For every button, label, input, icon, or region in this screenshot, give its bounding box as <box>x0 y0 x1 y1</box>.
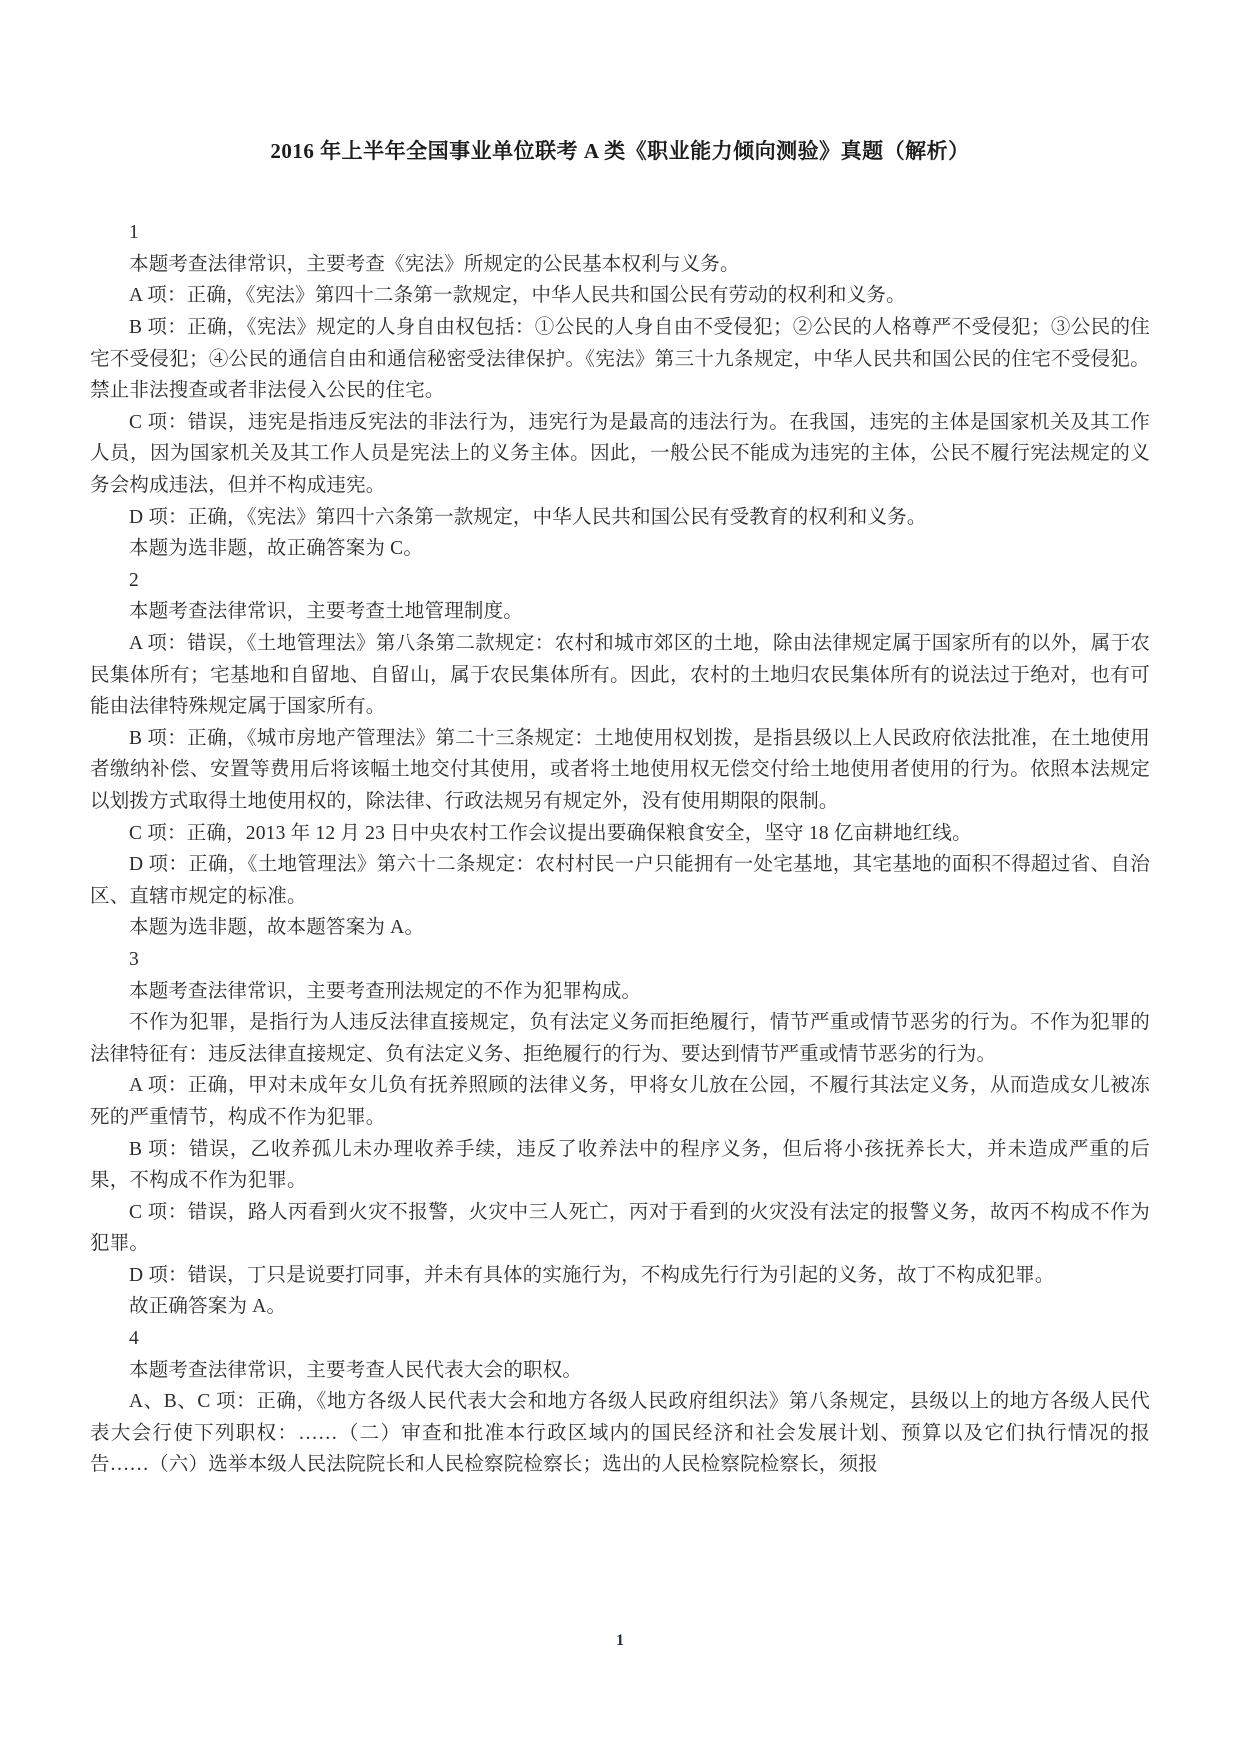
document-title: 2016 年上半年全国事业单位联考 A 类《职业能力倾向测验》真题（解析） <box>90 138 1150 165</box>
paragraph: A 项：错误，《土地管理法》第八条第二款规定：农村和城市郊区的土地，除由法律规定… <box>90 628 1150 723</box>
paragraph: 本题考查法律常识，主要考查刑法规定的不作为犯罪构成。 <box>90 976 1150 1008</box>
paragraph: C 项：错误，路人丙看到火灾不报警，火灾中三人死亡，丙对于看到的火灾没有法定的报… <box>90 1197 1150 1260</box>
paragraph: C 项：错误，违宪是指违反宪法的非法行为，违宪行为是最高的违法行为。在我国，违宪… <box>90 407 1150 502</box>
question-number: 2 <box>90 565 1150 597</box>
paragraph: D 项：正确，《土地管理法》第六十二条规定：农村村民一户只能拥有一处宅基地，其宅… <box>90 849 1150 912</box>
paragraph: 本题为选非题，故本题答案为 A。 <box>90 912 1150 944</box>
paragraph: 本题考查法律常识，主要考查土地管理制度。 <box>90 596 1150 628</box>
paragraph: 本题考查法律常识，主要考查人民代表大会的职权。 <box>90 1355 1150 1387</box>
paragraph: B 项：正确，《宪法》规定的人身自由权包括：①公民的人身自由不受侵犯；②公民的人… <box>90 312 1150 407</box>
page-number: 1 <box>0 1632 1240 1650</box>
paragraph: C 项：正确，2013 年 12 月 23 日中央农村工作会议提出要确保粮食安全… <box>90 818 1150 850</box>
paragraph: D 项：错误，丁只是说要打同事，并未有具体的实施行为，不构成先行行为引起的义务，… <box>90 1260 1150 1292</box>
paragraph: A 项：正确，甲对未成年女儿负有抚养照顾的法律义务，甲将女儿放在公园，不履行其法… <box>90 1070 1150 1133</box>
paragraph: D 项：正确，《宪法》第四十六条第一款规定，中华人民共和国公民有受教育的权利和义… <box>90 502 1150 534</box>
paragraph: 本题考查法律常识，主要考查《宪法》所规定的公民基本权利与义务。 <box>90 249 1150 281</box>
question-number: 1 <box>90 217 1150 249</box>
paragraph: A、B、C 项：正确，《地方各级人民代表大会和地方各级人民政府组织法》第八条规定… <box>90 1386 1150 1481</box>
paragraph: 本题为选非题，故正确答案为 C。 <box>90 533 1150 565</box>
document-page: 2016 年上半年全国事业单位联考 A 类《职业能力倾向测验》真题（解析） 1本… <box>0 0 1240 1754</box>
question-number: 4 <box>90 1323 1150 1355</box>
paragraph: A 项：正确，《宪法》第四十二条第一款规定，中华人民共和国公民有劳动的权利和义务… <box>90 280 1150 312</box>
paragraph: 故正确答案为 A。 <box>90 1291 1150 1323</box>
question-number: 3 <box>90 944 1150 976</box>
paragraph: 不作为犯罪，是指行为人违反法律直接规定，负有法定义务而拒绝履行，情节严重或情节恶… <box>90 1007 1150 1070</box>
paragraph: B 项：正确，《城市房地产管理法》第二十三条规定：土地使用权划拨，是指县级以上人… <box>90 723 1150 818</box>
document-body: 1本题考查法律常识，主要考查《宪法》所规定的公民基本权利与义务。A 项：正确，《… <box>90 217 1150 1481</box>
paragraph: B 项：错误，乙收养孤儿未办理收养手续，违反了收养法中的程序义务，但后将小孩抚养… <box>90 1134 1150 1197</box>
